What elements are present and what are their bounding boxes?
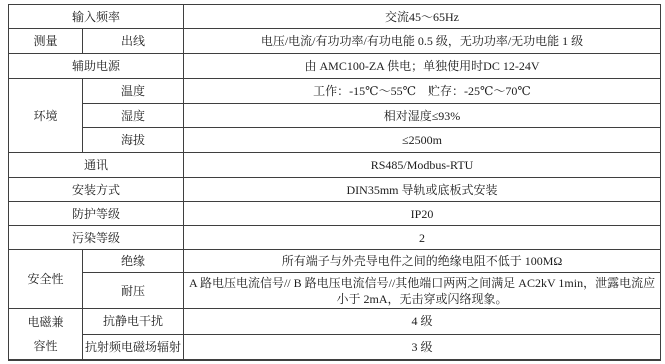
value-temperature: 工作：-15℃～55℃ 贮存：-25℃～70℃: [184, 79, 661, 104]
table-row: 电磁兼容性 抗静电干扰 4 级: [9, 309, 661, 335]
param-withstand-voltage: 耐压: [83, 273, 184, 309]
table-row: 污染等级 2: [9, 226, 661, 250]
table-row: 安装方式 DIN35mm 导轨或底板式安装: [9, 178, 661, 202]
value-withstand-voltage: A 路电压电流信号// B 路电压电流信号//其他端口两两之间满足 AC2kV …: [184, 273, 661, 309]
group-emc-label: 电磁兼容性: [26, 310, 66, 358]
value-outgoing-line: 电压/电流/有功功率/有功电能 0.5 级，无功功率/无功电能 1 级: [184, 29, 661, 54]
table-row: 湿度 相对湿度≤93%: [9, 104, 661, 128]
row-label-mounting: 安装方式: [9, 178, 184, 202]
table-row: 测量 出线 电压/电流/有功功率/有功电能 0.5 级，无功功率/无功电能 1 …: [9, 29, 661, 54]
group-emc: 电磁兼容性: [9, 309, 83, 361]
group-environment: 环境: [9, 79, 83, 153]
value-altitude: ≤2500m: [184, 128, 661, 153]
table-row: 抗射频电磁场辐射 3 级: [9, 334, 661, 360]
value-humidity: 相对湿度≤93%: [184, 104, 661, 128]
param-esd-immunity: 抗静电干扰: [83, 309, 184, 335]
param-rf-field-immunity: 抗射频电磁场辐射: [83, 334, 184, 360]
param-insulation: 绝缘: [83, 250, 184, 273]
group-measurement: 测量: [9, 29, 83, 54]
table-row: 通讯 RS485/Modbus-RTU: [9, 153, 661, 178]
row-label-communication: 通讯: [9, 153, 184, 178]
value-aux-power: 由 AMC100-ZA 供电；单独使用时DC 12-24V: [184, 54, 661, 79]
group-safety: 安全性: [9, 250, 83, 309]
table-row: 环境 温度 工作：-15℃～55℃ 贮存：-25℃～70℃: [9, 79, 661, 104]
value-esd-immunity: 4 级: [184, 309, 661, 335]
table-row: 安全性 绝缘 所有端子与外壳导电件之间的绝缘电阻不低于 100MΩ: [9, 250, 661, 273]
param-humidity: 湿度: [83, 104, 184, 128]
param-temperature: 温度: [83, 79, 184, 104]
table-row: 耐压 A 路电压电流信号// B 路电压电流信号//其他端口两两之间满足 AC2…: [9, 273, 661, 309]
value-communication: RS485/Modbus-RTU: [184, 153, 661, 178]
value-rf-field-immunity: 3 级: [184, 334, 661, 360]
table-row: 防护等级 IP20: [9, 202, 661, 226]
row-label-pollution-degree: 污染等级: [9, 226, 184, 250]
spec-table: 输入频率 交流45～65Hz 测量 出线 电压/电流/有功功率/有功电能 0.5…: [8, 4, 661, 361]
row-label-aux-power: 辅助电源: [9, 54, 184, 79]
table-row: 输入频率 交流45～65Hz: [9, 5, 661, 29]
table-row: 辅助电源 由 AMC100-ZA 供电；单独使用时DC 12-24V: [9, 54, 661, 79]
row-label-protection-rating: 防护等级: [9, 202, 184, 226]
value-insulation: 所有端子与外壳导电件之间的绝缘电阻不低于 100MΩ: [184, 250, 661, 273]
param-altitude: 海拔: [83, 128, 184, 153]
value-input-frequency: 交流45～65Hz: [184, 5, 661, 29]
table-row: 海拔 ≤2500m: [9, 128, 661, 153]
document-page: 输入频率 交流45～65Hz 测量 出线 电压/电流/有功功率/有功电能 0.5…: [0, 0, 665, 364]
param-outgoing-line: 出线: [83, 29, 184, 54]
value-mounting: DIN35mm 导轨或底板式安装: [184, 178, 661, 202]
row-label-input-frequency: 输入频率: [9, 5, 184, 29]
value-pollution-degree: 2: [184, 226, 661, 250]
value-protection-rating: IP20: [184, 202, 661, 226]
